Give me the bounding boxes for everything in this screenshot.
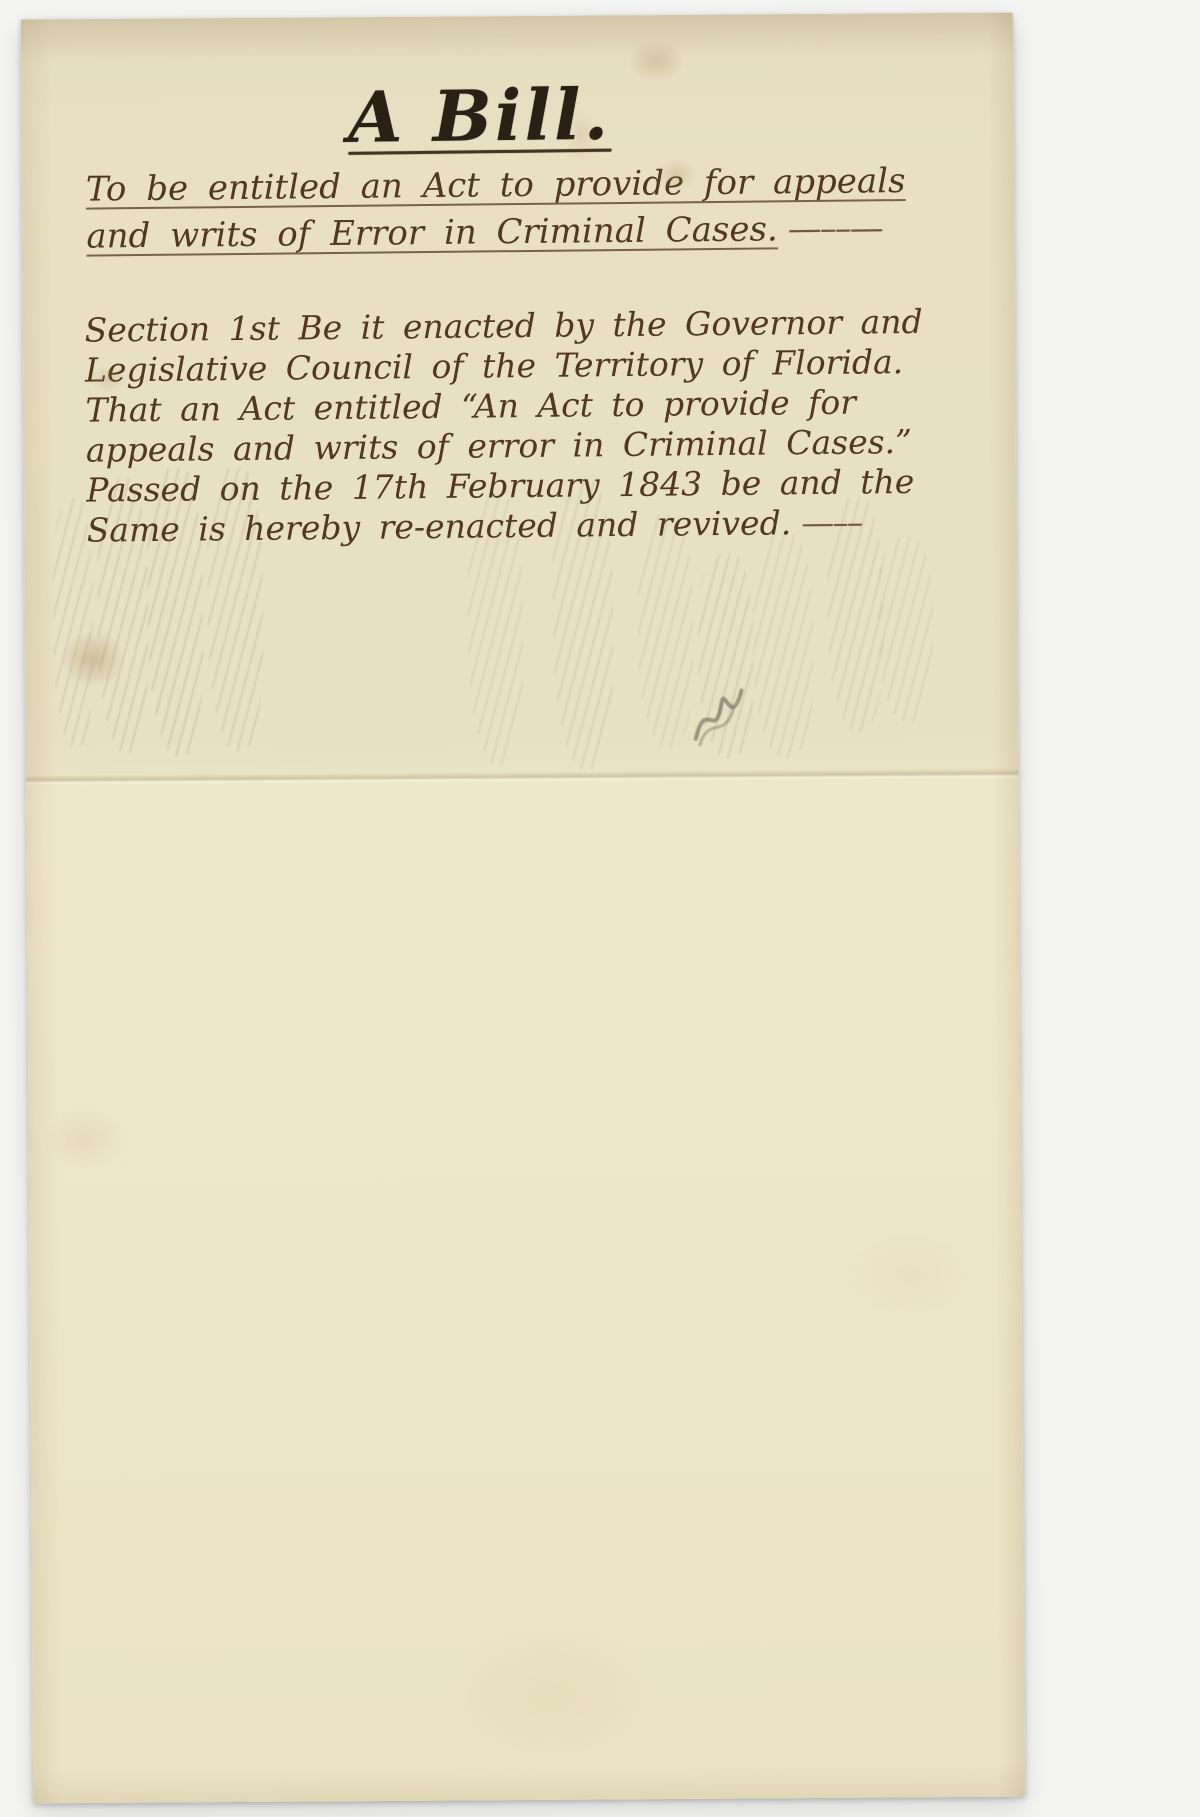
entitling-line-2: and writs of Error in Criminal Cases.—––… xyxy=(86,204,986,260)
pen-flourish: —–– xyxy=(801,503,861,543)
section-1-text: Section 1st Be it enacted by the Governo… xyxy=(84,301,1006,551)
body-line-6: Same is hereby re-enacted and revived.—–… xyxy=(86,501,1006,551)
ink-bleedthrough xyxy=(698,553,754,758)
paper-stains xyxy=(21,13,1025,1804)
entitling-clause: To be entitled an Act to provide for app… xyxy=(86,157,987,260)
document-title: A Bill. xyxy=(0,68,976,163)
pen-flourish: —––— xyxy=(788,208,882,249)
lower-page-tone xyxy=(26,777,1025,1804)
fold-crease xyxy=(26,769,1018,786)
ink-bleedthrough xyxy=(637,514,694,749)
ink-bleed-mark xyxy=(689,674,754,754)
manuscript-paper: A Bill. To be entitled an Act to provide… xyxy=(21,13,1025,1804)
ink-bleedthrough xyxy=(752,533,814,758)
ink-bleed-squiggle xyxy=(689,674,754,750)
ink-bleedthrough xyxy=(877,537,933,722)
document-title-text: A Bill. xyxy=(347,73,611,159)
